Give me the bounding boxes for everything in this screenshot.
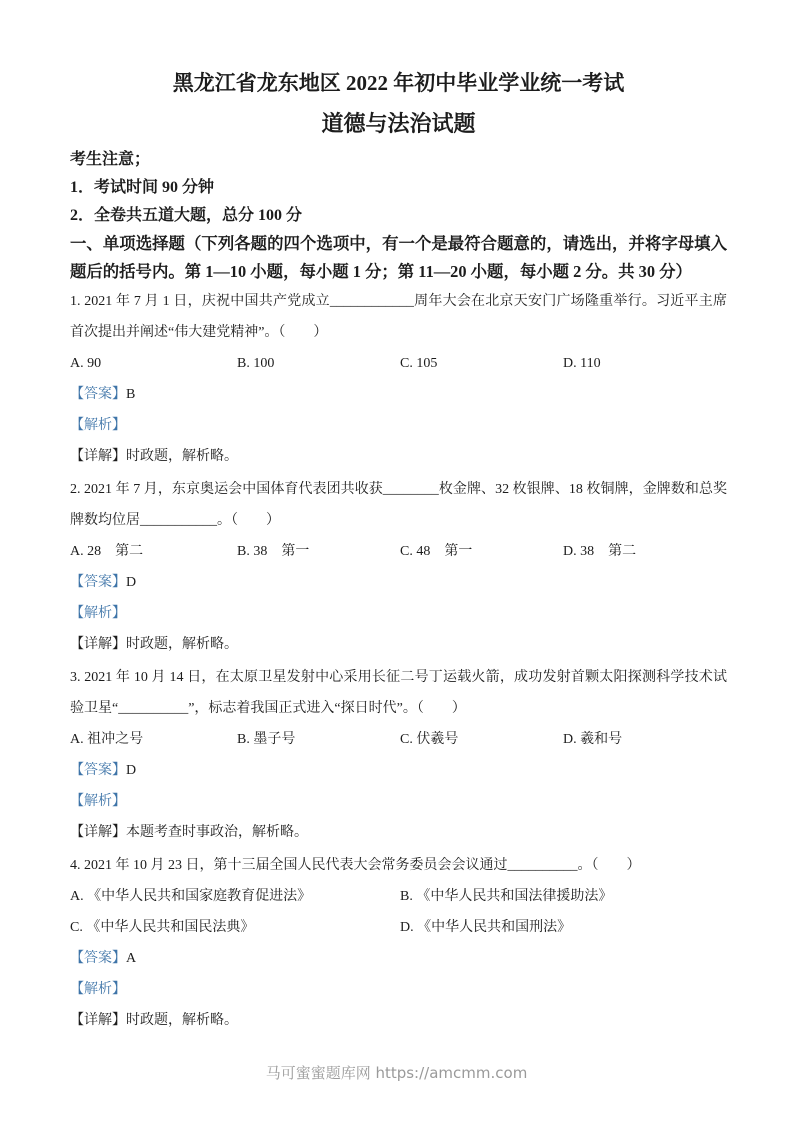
question-2-detail-line: 【详解】时政题，解析略。 [70,629,727,660]
question-1-detail-line: 【详解】时政题，解析略。 [70,441,727,472]
doc-title: 黑龙江省龙东地区 2022 年初中毕业学业统一考试 [70,70,727,97]
detail-label: 【详解】 [70,637,126,652]
detail-label: 【详解】 [70,1013,126,1028]
question-2: 2. 2021 年 7 月，东京奥运会中国体育代表团共收获________枚金牌… [70,474,727,660]
question-1-option-d: D. 110 [563,348,727,379]
exam-page: 黑龙江省龙东地区 2022 年初中毕业学业统一考试 道德与法治试题 考生注意； … [0,0,793,1122]
question-3: 3. 2021 年 10 月 14 日，在太原卫星发射中心采用长征二号丁运载火箭… [70,662,727,848]
question-3-option-b: B. 墨子号 [237,724,400,755]
question-1-option-b: B. 100 [237,348,400,379]
question-2-options: A. 28 第二 B. 38 第一 C. 48 第一 D. 38 第二 [70,536,727,567]
answer-label: 【答案】 [70,575,126,590]
question-2-option-c: C. 48 第一 [400,536,563,567]
question-4-detail-text: 时政题，解析略。 [126,1013,238,1028]
detail-label: 【详解】 [70,449,126,464]
question-4-stem: 4. 2021 年 10 月 23 日，第十三届全国人民代表大会常务委员会会议通… [70,850,727,881]
question-3-options: A. 祖冲之号 B. 墨子号 C. 伏羲号 D. 羲和号 [70,724,727,755]
notice-heading: 考生注意； [70,146,727,174]
question-4-answer-value: A [126,951,136,966]
question-2-stem: 2. 2021 年 7 月，东京奥运会中国体育代表团共收获________枚金牌… [70,474,727,536]
question-3-detail-line: 【详解】本题考查时事政治，解析略。 [70,817,727,848]
question-4-option-b: B. 《中华人民共和国法律援助法》 [400,881,727,912]
question-1-answer-line: 【答案】B [70,379,727,410]
question-2-answer-value: D [126,575,136,590]
question-4-options: A. 《中华人民共和国家庭教育促进法》 B. 《中华人民共和国法律援助法》 C.… [70,881,727,943]
section-title: 一、单项选择题（下列各题的四个选项中，有一个是最符合题意的，请选出，并将字母填入… [70,230,727,286]
question-2-analysis-line: 【解析】 [70,598,727,629]
analysis-label: 【解析】 [70,982,126,997]
question-2-answer-line: 【答案】D [70,567,727,598]
analysis-label: 【解析】 [70,606,126,621]
doc-subtitle: 道德与法治试题 [70,110,727,137]
question-1-option-c: C. 105 [400,348,563,379]
question-4-option-c: C. 《中华人民共和国民法典》 [70,912,400,943]
question-1-options: A. 90 B. 100 C. 105 D. 110 [70,348,727,379]
footer-watermark: 马可蜜蜜题库网 https://amcmm.com [0,1062,793,1084]
question-2-option-a: A. 28 第二 [70,536,237,567]
question-2-detail-text: 时政题，解析略。 [126,637,238,652]
question-2-option-d: D. 38 第二 [563,536,727,567]
answer-label: 【答案】 [70,387,126,402]
notice-item-2: 2．全卷共五道大题，总分 100 分 [70,202,727,230]
question-3-detail-text: 本题考查时事政治，解析略。 [126,825,308,840]
question-1-analysis-line: 【解析】 [70,410,727,441]
answer-label: 【答案】 [70,763,126,778]
question-1-answer-value: B [126,387,135,402]
question-1-stem: 1. 2021 年 7 月 1 日，庆祝中国共产党成立____________周… [70,286,727,348]
question-3-stem: 3. 2021 年 10 月 14 日，在太原卫星发射中心采用长征二号丁运载火箭… [70,662,727,724]
question-3-answer-value: D [126,763,136,778]
question-3-analysis-line: 【解析】 [70,786,727,817]
question-4-detail-line: 【详解】时政题，解析略。 [70,1005,727,1036]
question-4-option-a: A. 《中华人民共和国家庭教育促进法》 [70,881,400,912]
analysis-label: 【解析】 [70,794,126,809]
question-4-option-d: D. 《中华人民共和国刑法》 [400,912,727,943]
page-content: 黑龙江省龙东地区 2022 年初中毕业学业统一考试 道德与法治试题 考生注意； … [0,0,793,1036]
notice-item-1: 1．考试时间 90 分钟 [70,174,727,202]
question-1-detail-text: 时政题，解析略。 [126,449,238,464]
analysis-label: 【解析】 [70,418,126,433]
question-2-option-b: B. 38 第一 [237,536,400,567]
question-4-analysis-line: 【解析】 [70,974,727,1005]
detail-label: 【详解】 [70,825,126,840]
question-4-answer-line: 【答案】A [70,943,727,974]
question-3-option-d: D. 羲和号 [563,724,727,755]
answer-label: 【答案】 [70,951,126,966]
question-3-option-c: C. 伏羲号 [400,724,563,755]
question-1: 1. 2021 年 7 月 1 日，庆祝中国共产党成立____________周… [70,286,727,472]
question-4: 4. 2021 年 10 月 23 日，第十三届全国人民代表大会常务委员会会议通… [70,850,727,1036]
question-1-option-a: A. 90 [70,348,237,379]
question-3-answer-line: 【答案】D [70,755,727,786]
question-3-option-a: A. 祖冲之号 [70,724,237,755]
